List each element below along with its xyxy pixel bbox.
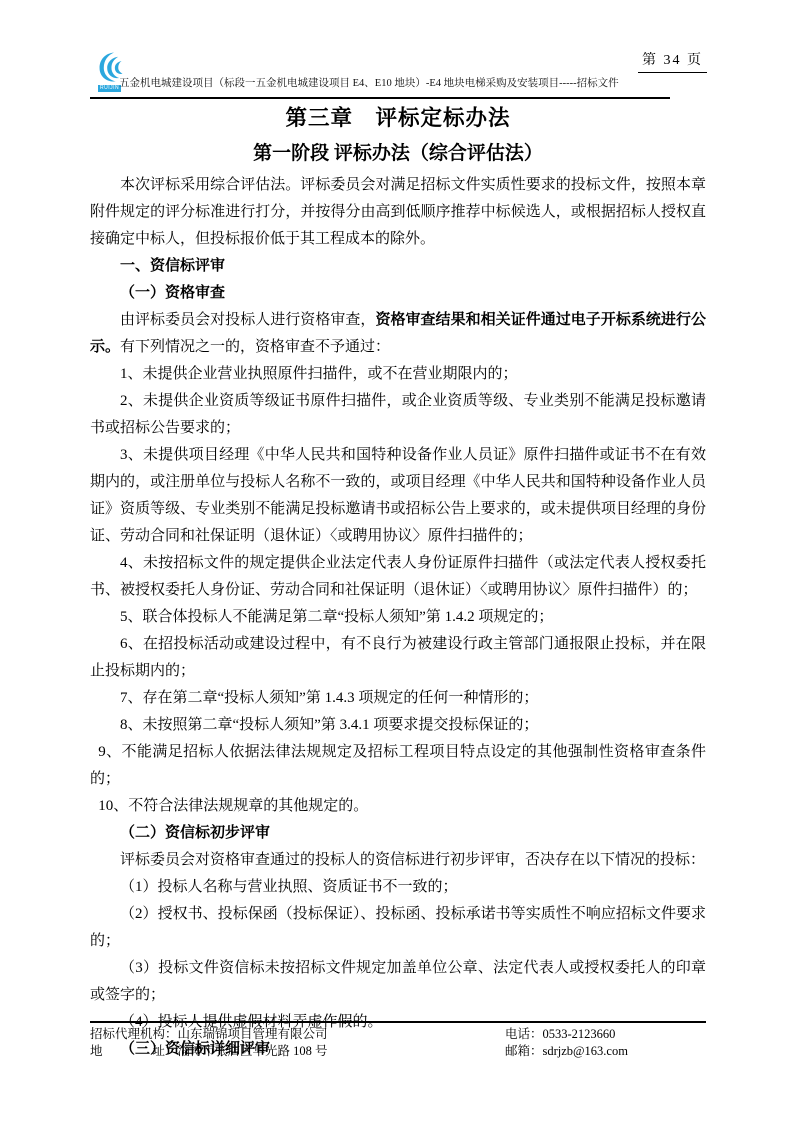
qual-intro-suffix: 有下列情况之一的，资格审查不予通过：: [120, 339, 390, 355]
qual-item-7: 7、存在第二章“投标人须知”第 1.4.3 项规定的任何一种情形的；: [90, 685, 706, 712]
qualification-intro-paragraph: 由评标委员会对投标人进行资格审查，资格审查结果和相关证件通过电子开标系统进行公示…: [90, 307, 706, 361]
qual-item-1: 1、未提供企业营业执照原件扫描件，或不在营业期限内的；: [90, 361, 706, 388]
intro-paragraph: 本次评标采用综合评估法。评标委员会对满足招标文件实质性要求的投标文件，按照本章附…: [90, 172, 706, 253]
subsection-heading-qualification: （一）资格审查: [90, 280, 706, 307]
qual-item-8: 8、未按照第二章“投标人须知”第 3.4.1 项要求提交投标保证的；: [90, 712, 706, 739]
footer-address-line: 地 址：淄博市张店区华光路 108 号: [90, 1043, 505, 1060]
page-number: 第 34 页: [638, 52, 707, 73]
footer: 招标代理机构：山东瑞锦项目管理有限公司 电话：0533-2123660 地 址：…: [90, 1026, 706, 1060]
footer-rule: [90, 1021, 706, 1023]
qual-intro-prefix: 由评标委员会对投标人进行资格审查，: [120, 312, 375, 328]
section-heading-credit-review: 一、资信标评审: [90, 253, 706, 280]
footer-agency-line: 招标代理机构：山东瑞锦项目管理有限公司: [90, 1026, 505, 1043]
qual-item-2: 2、未提供企业资质等级证书原件扫描件，或企业资质等级、专业类别不能满足投标邀请书…: [90, 388, 706, 442]
header-rule: [90, 97, 670, 99]
footer-email-line: 邮箱：sdrjzb@163.com: [505, 1043, 705, 1060]
qual-item-6: 6、在招投标活动或建设过程中，有不良行为被建设行政主管部门通报限止投标，并在限止…: [90, 631, 706, 685]
chapter-title: 第三章 评标定标办法: [90, 100, 706, 137]
qual-item-10: 10、不符合法律法规规章的其他规定的。: [90, 793, 706, 820]
prelim-item-3: （3）投标文件资信标未按招标文件规定加盖单位公章、法定代表人或授权委托人的印章或…: [90, 955, 706, 1009]
qual-item-3: 3、未提供项目经理《中华人民共和国特种设备作业人员证》原件扫描件或证书不在有效期…: [90, 442, 706, 550]
stage-title: 第一阶段 评标办法（综合评估法）: [90, 137, 706, 170]
subsection-heading-preliminary: （二）资信标初步评审: [90, 820, 706, 847]
qual-item-4: 4、未按招标文件的规定提供企业法定代表人身份证原件扫描件（或法定代表人授权委托书…: [90, 550, 706, 604]
qual-item-9: 9、不能满足招标人依据法律法规规定及招标工程项目特点设定的其他强制性资格审查条件…: [90, 739, 706, 793]
footer-phone-line: 电话：0533-2123660: [505, 1026, 705, 1043]
preliminary-intro: 评标委员会对资格审查通过的投标人的资信标进行初步评审，否决存在以下情况的投标：: [90, 847, 706, 874]
prelim-item-2: （2）授权书、投标保函（投标保证）、投标函、投标承诺书等实质性不响应招标文件要求…: [90, 901, 706, 955]
prelim-item-1: （1）投标人名称与营业执照、资质证书不一致的；: [90, 874, 706, 901]
header-document-title: 五金机电城建设项目（标段一五金机电城建设项目 E4、E10 地块）-E4 地块电…: [119, 77, 664, 91]
logo-text: RUIJIN: [98, 85, 121, 92]
qual-item-5: 5、联合体投标人不能满足第二章“投标人须知”第 1.4.2 项规定的；: [90, 604, 706, 631]
document-page: RUIJIN 五金机电城建设项目（标段一五金机电城建设项目 E4、E10 地块）…: [0, 0, 793, 1122]
document-body: 第三章 评标定标办法 第一阶段 评标办法（综合评估法） 本次评标采用综合评估法。…: [90, 100, 706, 1063]
